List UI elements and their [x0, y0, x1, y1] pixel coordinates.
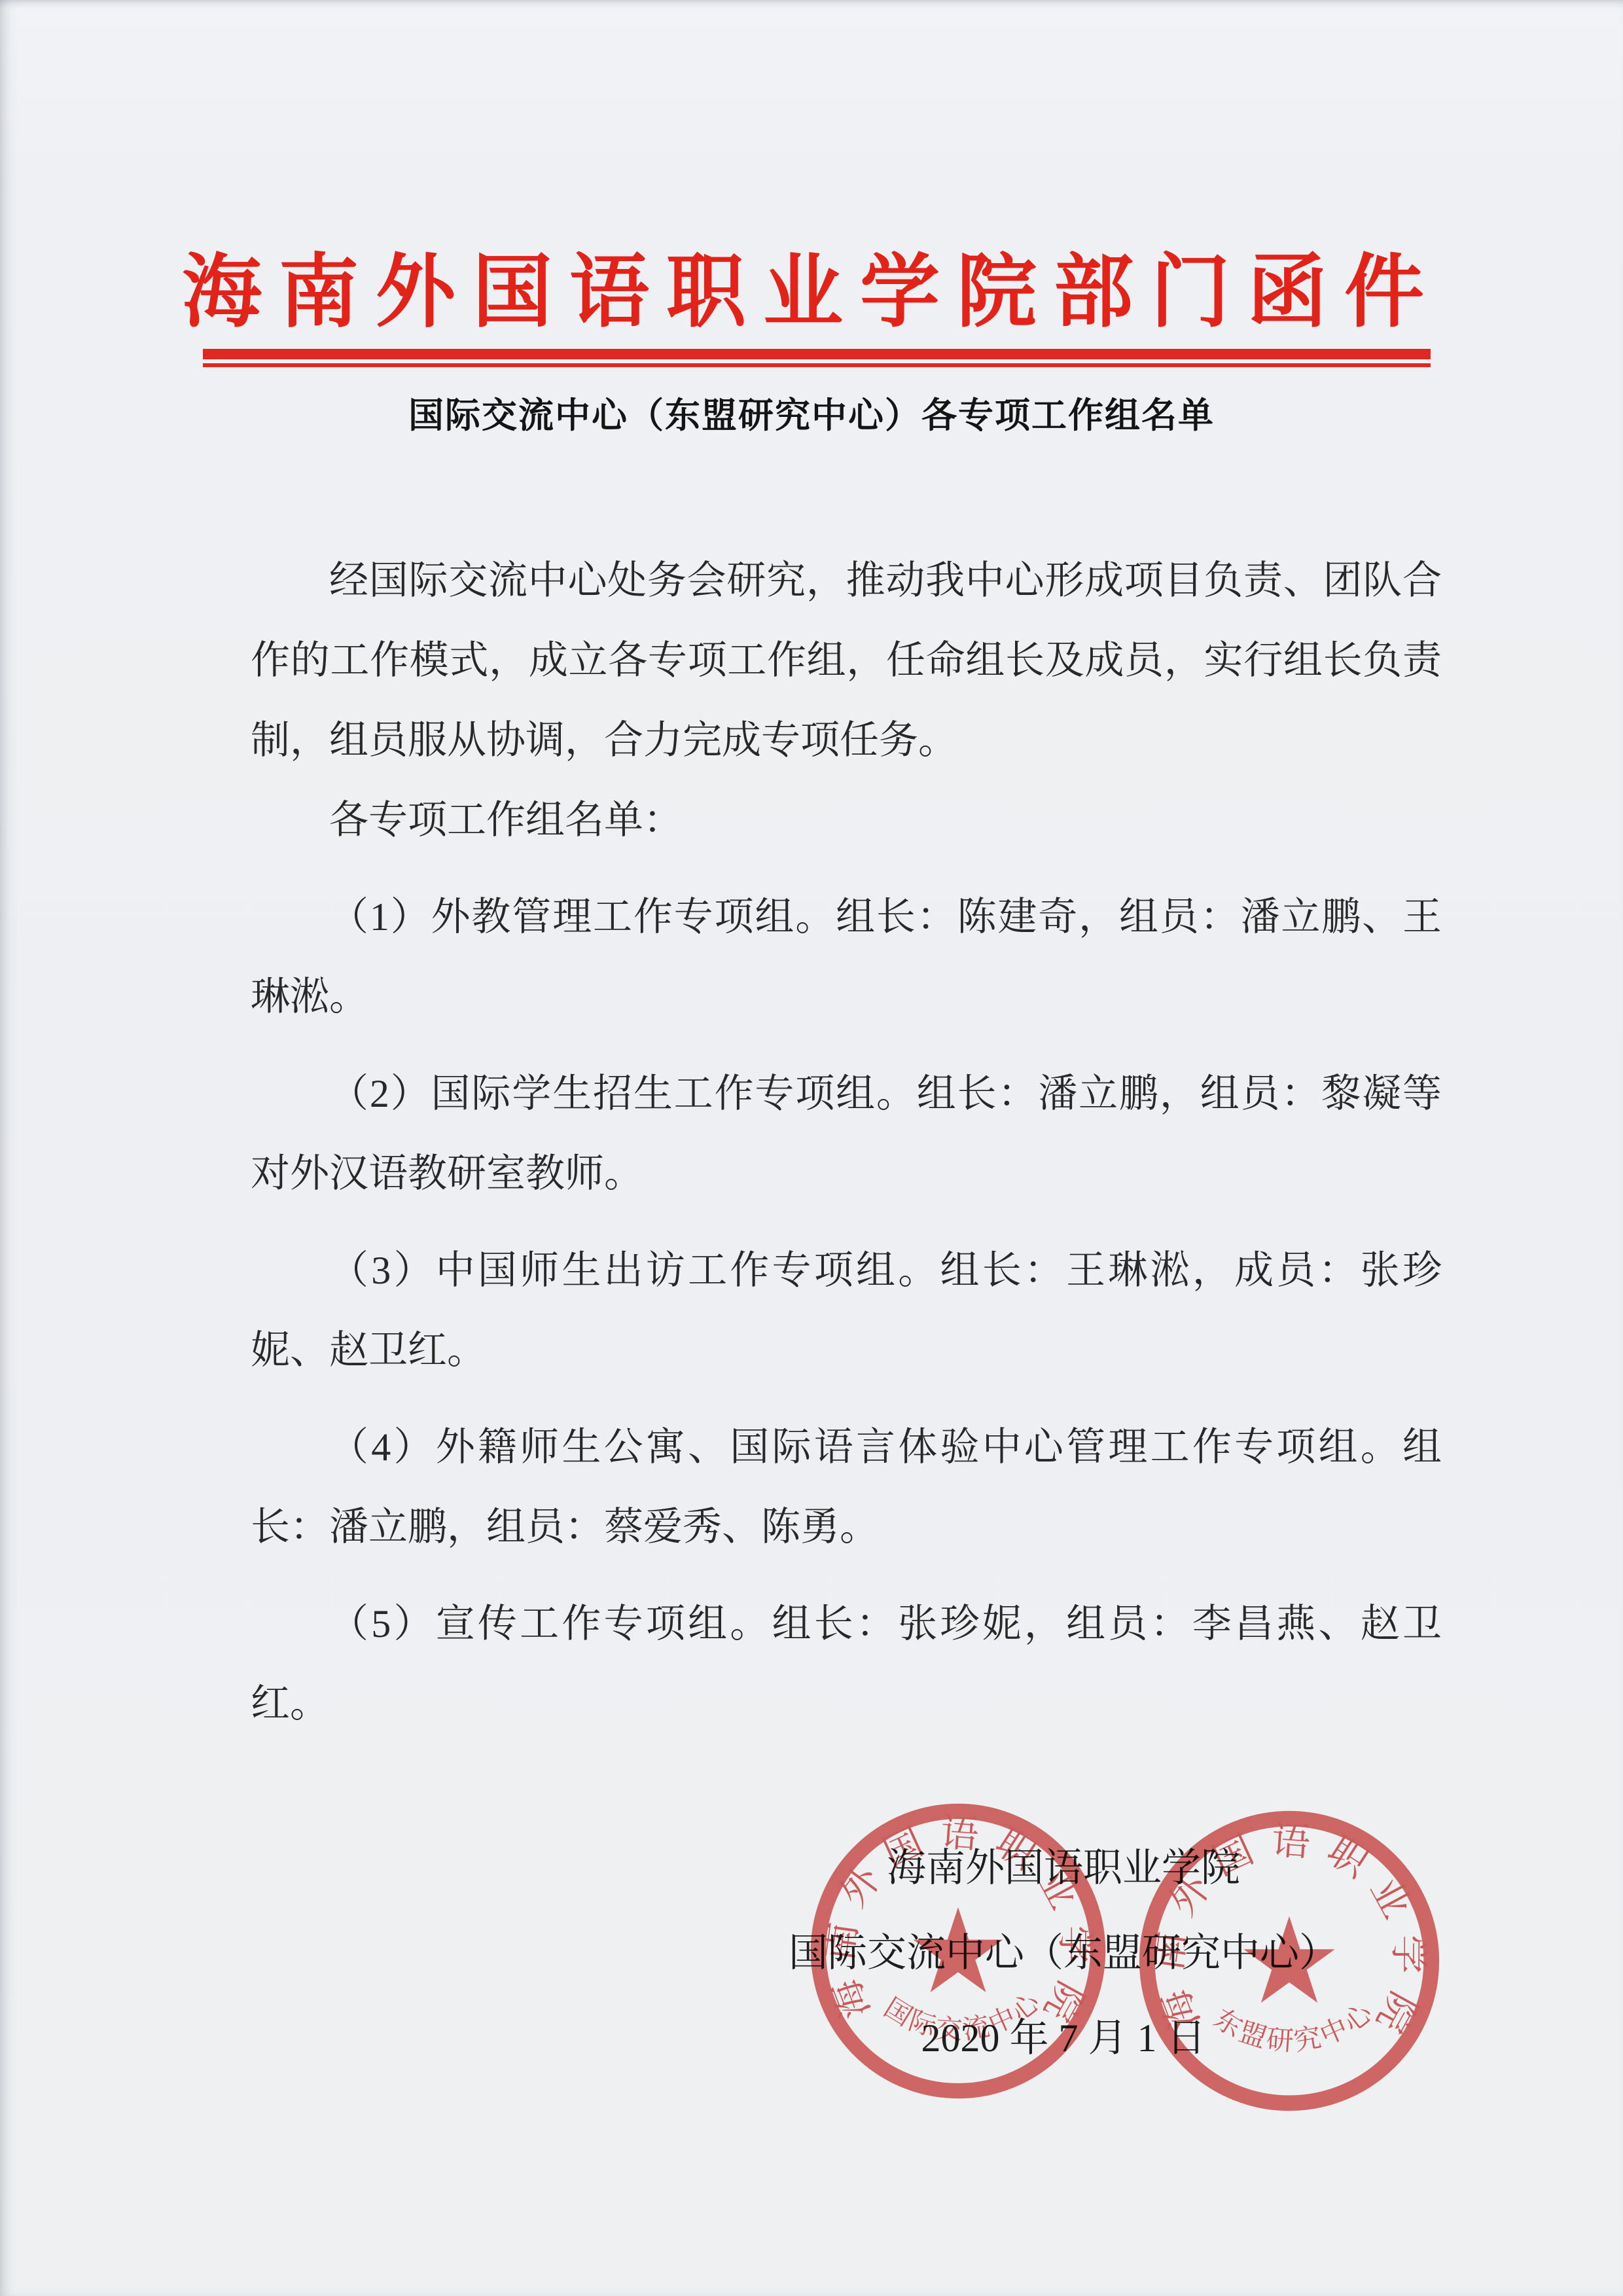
work-group-list: （1）外教管理工作专项组。组长：陈建奇，组员：潘立鹏、王琳淞。 （2）国际学生招… — [251, 877, 1442, 1744]
document-body: 经国际交流中心处务会研究，推动我中心形成项目负责、团队合作的工作模式，成立各专项… — [251, 541, 1442, 1744]
red-rule-thick — [203, 349, 1431, 359]
letterhead-title: 海南外国语职业学院部门函件 — [0, 228, 1623, 342]
red-rule-thin — [203, 363, 1431, 367]
document-subtitle: 国际交流中心（东盟研究中心）各专项工作组名单 — [0, 387, 1623, 438]
list-item: （1）外教管理工作专项组。组长：陈建奇，组员：潘立鹏、王琳淞。 — [251, 877, 1442, 1037]
scanned-letter-page: 海南外国语职业学院部门函件 国际交流中心（东盟研究中心）各专项工作组名单 经国际… — [0, 0, 1623, 2296]
list-item: （3）中国师生出访工作专项组。组长：王琳淞，成员：张珍妮、赵卫红。 — [251, 1230, 1442, 1390]
list-item: （2）国际学生招生工作专项组。组长：潘立鹏，组员：黎凝等对外汉语教研室教师。 — [251, 1054, 1442, 1213]
list-item: （4）外籍师生公寓、国际语言体验中心管理工作专项组。组长：潘立鹏，组员：蔡爱秀、… — [251, 1407, 1442, 1567]
list-lead-paragraph: 各专项工作组名单： — [251, 780, 1442, 860]
list-item: （5）宣传工作专项组。组长：张珍妮，组员：李昌燕、赵卫红。 — [251, 1584, 1442, 1744]
seal-star-icon: ★ — [1236, 1892, 1343, 2030]
seal-icon: 海南外国语职业学院 ★ 东盟研究中心 — [1133, 1806, 1446, 2116]
seal-star-icon: ★ — [906, 1884, 1010, 2020]
intro-paragraph: 经国际交流中心处务会研究，推动我中心形成项目负责、团队合作的工作模式，成立各专项… — [251, 541, 1442, 780]
seal-icon: 海南外国语职业学院 ★ 国际交流中心 — [806, 1799, 1111, 2104]
official-seal-left: 海南外国语职业学院 ★ 国际交流中心 — [806, 1799, 1111, 2104]
official-seal-right: 海南外国语职业学院 ★ 东盟研究中心 — [1133, 1806, 1446, 2116]
